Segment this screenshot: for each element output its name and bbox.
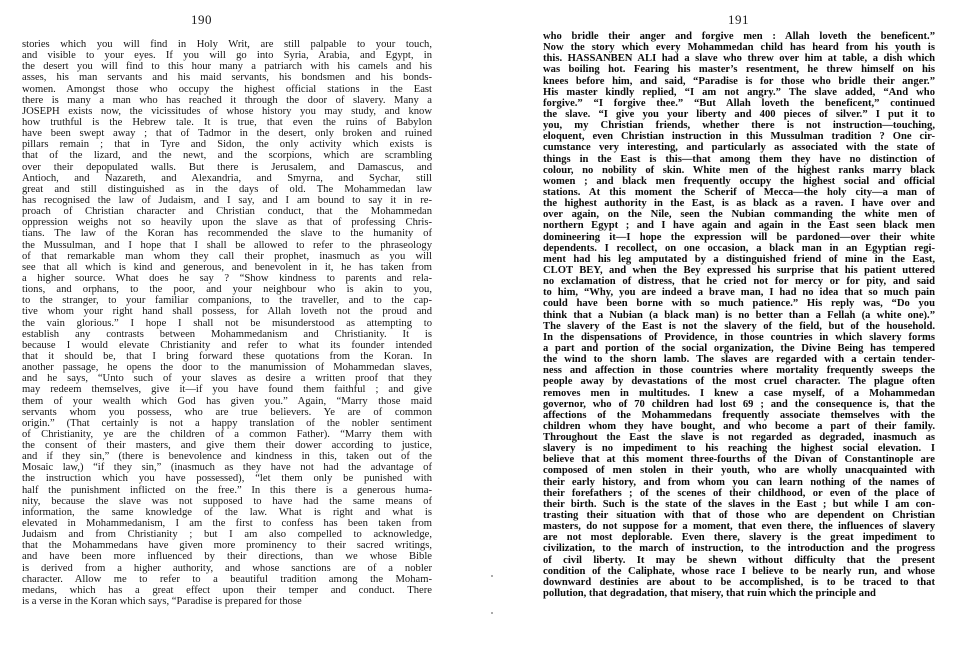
text-line: origin.” (That certainly is not a happy … [22,418,432,429]
text-line: think that a Nubian (a black man) is no … [543,310,935,321]
text-line: women. Amongst those who occupy the high… [22,84,432,95]
text-line: is derived from a higher authority, and … [22,563,432,574]
text-line: are not most deplorable. Even there, sla… [543,532,935,543]
text-line: the desert you will find to this hour ma… [22,61,432,72]
text-line: believe that at this moment three-fourth… [543,454,935,465]
text-line: to him, “Why, you are indeed a brave man… [543,287,935,298]
text-line: In the dispensations of Providence, in t… [543,332,935,343]
text-line: things in the East is this—that among th… [543,154,935,165]
text-line: you, my Christian friends, whether there… [543,120,935,131]
text-line: great and still distinguished as in the … [22,184,432,195]
text-line: eloquent, even Christian instruction in … [543,131,935,142]
text-line: ness and affection in those countries wh… [543,365,935,376]
text-line: Judaism and from Christianity ; but I am… [22,529,432,540]
text-line: how truthful is the Hebrew tale. It is t… [22,117,432,128]
text-line: Mosaic law,) “if they sin,” (inasmuch as… [22,462,432,473]
text-line: people away by devastations of the most … [543,376,935,387]
text-line: Now the story which every Mohammedan chi… [543,42,935,53]
text-line: knees before him, and said, “Paradise is… [543,76,935,87]
text-line: condition of the Caliphate, whose race I… [543,566,935,577]
text-line: and he says, “Unto such of your slaves a… [22,373,432,384]
text-line: over again, on the Nile, seen the Nubian… [543,209,935,220]
text-line: forgive.” “I forgive thee.” “But Allah l… [543,98,935,109]
text-line: The slavery of the East is not the slave… [543,321,935,332]
text-line: stories which you will find in Holy Writ… [22,39,432,50]
text-line: the slave. “I give you your liberty and … [543,109,935,120]
text-line: because I would elevate Christianity and… [22,340,432,351]
text-line: the highest authority in the East, is as… [543,198,935,209]
text-line: and have been more influenced by their d… [22,551,432,562]
text-line: that it should be, that I bring forward … [22,351,432,362]
text-line: cumstance very interesting, and particul… [543,142,935,153]
text-line: medans, which has a great effect upon th… [22,585,432,596]
text-line: a part and portion of the social organiz… [543,343,935,354]
text-line: Throughout the East the slave is not reg… [543,432,935,443]
text-line: that of the lizard, and the newt, and th… [22,150,432,161]
text-line: their birth. Such is the state of the sl… [543,499,935,510]
text-line: the vain glorious.” I hope I shall not b… [22,318,432,329]
text-line: of Christianity, ye are the children of … [22,429,432,440]
text-line: colour, no nobility of skin. White men o… [543,165,935,176]
scan-speck [491,612,493,614]
text-line: of civil liberty. It may be shewn withou… [543,555,935,566]
page-number: 190 [191,12,212,28]
text-line: women ; and black men frequently occupy … [543,176,935,187]
text-line: the Mussulman, and I hope that I shall b… [22,240,432,251]
text-line: them of your wealth which God has given … [22,396,432,407]
text-line: establish any contrasts between Mohammed… [22,329,432,340]
body-text: who bridle their anger and forgive men :… [543,31,935,599]
text-line: removes men in multitudes. I knew a case… [543,388,935,399]
text-line: the instruction which you have possessed… [22,473,432,484]
text-line: over their depopulated walls. But there … [22,162,432,173]
text-line: civilization, to the march of instructio… [543,543,935,554]
text-line: this. HASSANBEN ALI had a slave who thre… [543,53,935,64]
text-line: a higher source. What does he say ? “Sho… [22,273,432,284]
text-line: their forefathers ; of the scenes of the… [543,488,935,499]
text-line: the wind to the shorn lamb. The slaves a… [543,354,935,365]
text-line: masters, do not suppose for a moment, th… [543,521,935,532]
text-line: elevated in Mohammedanism, I am the firs… [22,518,432,529]
text-line: is a verse in the Koran which says, “Par… [22,596,432,607]
text-line: half the punishment inflicted on the fre… [22,485,432,496]
text-line: downward destinies are about to be accom… [543,577,935,588]
text-line: children whom they have bought, and who … [543,421,935,432]
text-line: could have been borne with so much patie… [543,298,935,309]
text-line: oppression weighs not so heavily upon th… [22,217,432,228]
body-text: stories which you will find in Holy Writ… [22,39,432,607]
page-number: 191 [728,12,749,28]
text-line: stations. At this moment the Scherif of … [543,187,935,198]
text-line: was boiling hot. Fearing his master’s re… [543,64,935,75]
text-line: no exclamation of distress, that he crie… [543,276,935,287]
text-line: tians. The law of the Koran has recommen… [22,228,432,239]
text-line: who bridle their anger and forgive men :… [543,31,935,42]
text-line: that the Mohammedans have given more pro… [22,540,432,551]
text-line: dependents. I recollect, on one occasion… [543,243,935,254]
text-line: have been swept away ; that of Tadmor in… [22,128,432,139]
text-line: JOSEPH exists now, the vicissitudes of w… [22,106,432,117]
text-line: and if they sin,” (there is benevolence … [22,451,432,462]
text-line: may redeem themselves, give it—if you ha… [22,384,432,395]
right-page: 191 who bridle their anger and forgive m… [490,0,980,647]
text-line: northern Egypt ; and I have again and ag… [543,220,935,231]
text-line: His master kindly replied, “I am not ang… [543,87,935,98]
text-line: CLOT BEY, and when the Bey expressed his… [543,265,935,276]
text-line: asses, his man servants and his maid ser… [22,72,432,83]
text-line: nity, because the slave was not supposed… [22,496,432,507]
text-line: another passage, he opens the door to th… [22,362,432,373]
text-line: Antioch, and Nazareth, and Alexandria, a… [22,173,432,184]
text-line: character. Allow me to refer to a beauti… [22,574,432,585]
text-line: of that remarkable man whom they call th… [22,251,432,262]
left-page: 190 stories which you will find in Holy … [0,0,490,647]
text-line: trasting their situation with that of th… [543,510,935,521]
text-line: pollution, that degradation, that misery… [543,588,935,599]
text-line: tive whom your right hand shall possess,… [22,306,432,317]
text-line: proach of Christian character and Christ… [22,206,432,217]
text-line: ment had his leg amputated by a distingu… [543,254,935,265]
text-line: their early history, and from whom you c… [543,477,935,488]
text-line: governor, who of 70 children had lost 69… [543,399,935,410]
text-line: the consent of their masters, and give t… [22,440,432,451]
text-line: slavery is no impediment to his reaching… [543,443,935,454]
text-line: affections of the Mohammedans frequently… [543,410,935,421]
scan-speck [491,575,493,577]
text-line: domineering it—I hope the expression wil… [543,232,935,243]
text-line: composed of men stolen in their youth, w… [543,465,935,476]
text-line: there is many a man who has reached it t… [22,95,432,106]
text-line: to the stranger, to your familiar compan… [22,295,432,306]
text-line: servants whom you possess, who are true … [22,407,432,418]
text-line: and visible to your eyes. If you will go… [22,50,432,61]
text-line: information, the same knowledge of the l… [22,507,432,518]
text-line: tions, and orphans, to the poor, and you… [22,284,432,295]
text-line: has recognised the law of Judaism, and I… [22,195,432,206]
text-line: pillars remain ; that in Tyre and Sidon,… [22,139,432,150]
text-line: see that all which is kind and generous,… [22,262,432,273]
